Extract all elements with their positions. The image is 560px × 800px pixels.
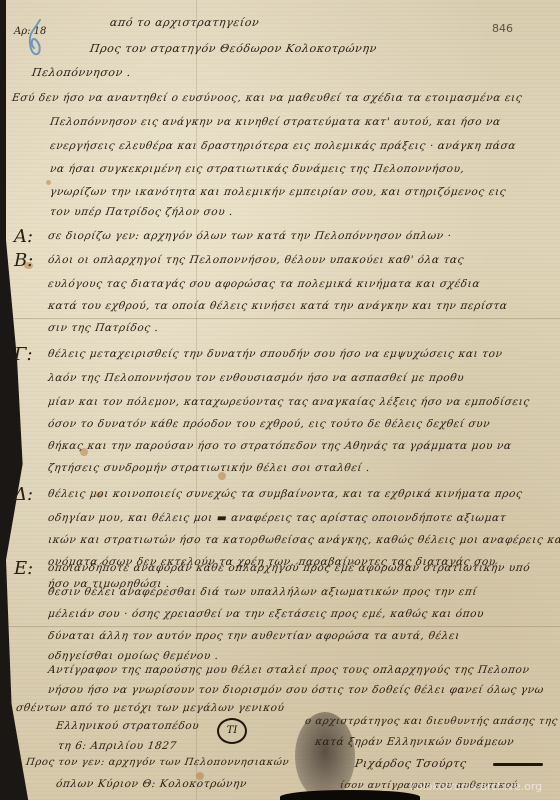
section-line: μέλειάν σου · όσης χρειασθεί να την εξετ… <box>47 608 485 620</box>
section-line: οδηγίαν μου, και θέλεις μοι ▬ αναφέρεις … <box>47 512 507 524</box>
body-line: να ήσαι συγκεκριμένη εις στρατιωτικάς δυ… <box>49 163 465 175</box>
signature-place: Ελληνικού στρατοπέδου <box>55 720 200 732</box>
paper-fold-line <box>6 626 560 627</box>
addressee-line-1: Προς τον γεν: αρχηγόν των Πελοποννησιακώ… <box>25 757 290 768</box>
signer-title-line-1: ο αρχιστράτηγος και διευθυντής απάσης τη… <box>304 716 558 727</box>
body-line: γνωρίζων την ικανότητα και πολεμικήν εμπ… <box>49 186 507 198</box>
section-marker-b: Β: <box>14 250 33 271</box>
body-line: Εσύ δεν ήσο να αναντηθεί ο ευσύνοος, και… <box>11 92 523 104</box>
closing-line: σθέντων από το μετόχι των μεγάλων γενικο… <box>15 702 285 714</box>
section-line: κατά του εχθρού, τα οποία θέλεις κινήσει… <box>47 300 508 312</box>
section-line: θέλεις μοι κοινοποιείς συνεχώς τα συμβαί… <box>47 488 523 500</box>
section-marker-a: Α: <box>14 226 33 247</box>
header-from: από το αρχιστρατηγείον <box>109 16 260 29</box>
closing-line: Αντίγραφον της παρούσης μου θέλει σταλεί… <box>47 664 530 676</box>
blue-pencil-mark-icon <box>26 18 44 58</box>
addressee-line-2: όπλων Κύριον Θ: Κολοκοτρώνην <box>55 778 248 790</box>
section-marker-d: Δ: <box>14 484 33 505</box>
section-line: ικών και στρατιωτών ήσο τα κατορθωθείσας… <box>47 534 560 546</box>
section-line: θήκας και την παρούσαν ήσο το στρατόπεδο… <box>47 440 512 452</box>
body-line: ενεργήσεις ελευθέρα και δραστηριότερα ει… <box>49 140 517 152</box>
section-line: μίαν και τον πόλεμον, καταχωρεύοντας τας… <box>47 396 530 408</box>
signer-name: Ριχάρδος Τσούρτς <box>354 757 467 770</box>
section-line: λαόν της Πελοποννήσου τον ενθουσιασμόν ή… <box>47 372 465 384</box>
body-line: τον υπέρ Πατρίδος ζήλον σου . <box>49 206 234 218</box>
section-line: ζητήσεις συνδρομήν στρατιωτικήν θέλει σο… <box>47 462 371 474</box>
section-line: όλοι οι οπλαρχηγοί της Πελοποννήσου, θέλ… <box>47 254 465 266</box>
section-line: όσον το δυνατόν κάθε πρόοδον του εχθρού,… <box>47 418 491 430</box>
signature-flourish <box>493 763 543 766</box>
section-line: σιν της Πατρίδος . <box>47 322 159 334</box>
archive-watermark: kolokotronis-archive.org <box>410 780 542 793</box>
paper-fold-line <box>6 318 560 319</box>
signature-date: τη 6: Απριλίου 1827 <box>57 740 177 752</box>
section-line: δύναται άλλη τον αυτόν προς την αυθεντία… <box>47 630 461 642</box>
section-line: οποιανδήποτε αναφοράν κάθε οπλαρχηγού πρ… <box>47 562 531 574</box>
signer-title-line-2: κατά ξηράν Ελληνικών δυνάμεων <box>314 736 515 748</box>
header-place: Πελοπόννησον . <box>31 66 132 79</box>
section-marker-e: Ε: <box>14 558 33 579</box>
circled-stamp-mark: ΤΙ <box>217 718 247 744</box>
archive-number: 846 <box>492 22 513 35</box>
paper-stain <box>46 180 51 185</box>
section-marker-g: Γ: <box>14 344 33 365</box>
section-line: οδηγείσθαι ομοίως θεμένου . <box>47 650 219 662</box>
section-line: ευλόγους τας διαταγάς σου αφορώσας τα πο… <box>47 278 481 290</box>
scan-edge-shadow <box>280 790 420 800</box>
section-line: σε διορίζω γεν: αρχηγόν όλων των κατά τη… <box>47 230 452 242</box>
body-line: Πελοπόννησον εις ανάγκην να κινηθεί στρα… <box>49 116 501 128</box>
closing-line: νήσου ήσο να γνωρίσουν τον διορισμόν σου… <box>47 684 545 696</box>
header-to: Προς τον στρατηγόν Θεόδωρον Κολοκοτρώνην <box>89 42 378 55</box>
section-line: θεσιν θέλει αναφέρεσθαι διά των υπαλλήλω… <box>47 586 478 598</box>
section-line: θέλεις μεταχειρισθείς την δυνατήν σπουδή… <box>47 348 503 360</box>
